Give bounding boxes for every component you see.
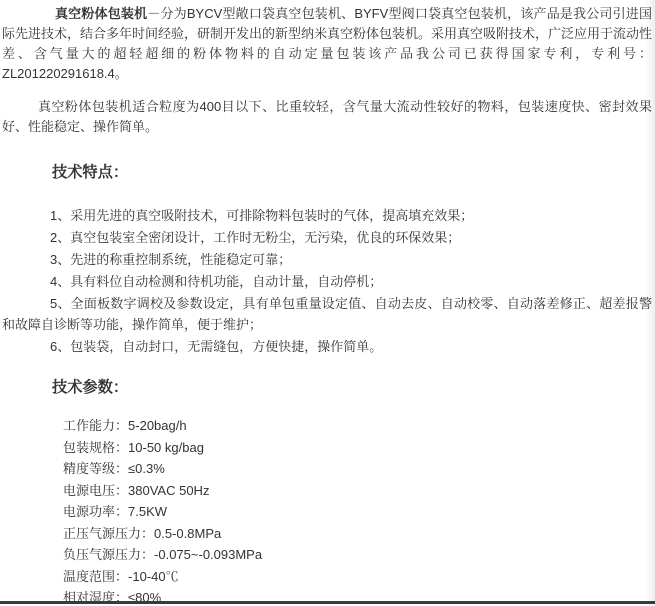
product-description-page: 真空粉体包装机－分为BYCV型敞口袋真空包装机、BYFV型阀口袋真空包装机，该产… bbox=[0, 0, 655, 606]
spec-value: 5-20bag/h bbox=[128, 418, 187, 433]
spec-label: 负压气源压力 bbox=[63, 547, 141, 562]
spec-label: 精度等级 bbox=[63, 461, 115, 476]
features-heading: 技术特点： bbox=[52, 163, 652, 183]
spec-value: -0.075~-0.093MPa bbox=[154, 547, 262, 562]
features-list: 1、采用先进的真空吸附技术，可排除物料包装时的气体，提高填充效果； 2、真空包装… bbox=[2, 205, 652, 357]
spec-label: 温度范围 bbox=[63, 569, 115, 584]
spec-row-negative-pressure: 负压气源压力：-0.075~-0.093MPa bbox=[63, 544, 652, 566]
spec-row-voltage: 电源电压：380VAC 50Hz bbox=[63, 480, 652, 502]
spec-label: 电源功率 bbox=[63, 504, 115, 519]
spec-value: 0.5-0.8MPa bbox=[154, 526, 221, 541]
spec-row-temperature: 温度范围：-10-40℃ bbox=[63, 566, 652, 588]
spec-separator: ： bbox=[141, 526, 154, 541]
specs-heading: 技术参数： bbox=[52, 378, 652, 398]
bottom-divider bbox=[0, 601, 655, 604]
spec-value: 10-50 kg/bag bbox=[128, 440, 204, 455]
specs-list: 工作能力：5-20bag/h 包装规格：10-50 kg/bag 精度等级：≤0… bbox=[2, 415, 652, 606]
spec-row-bag-size: 包装规格：10-50 kg/bag bbox=[63, 437, 652, 459]
feature-item: 2、真空包装室全密闭设计，工作时无粉尘，无污染，优良的环保效果； bbox=[2, 227, 652, 248]
spec-value: 7.5KW bbox=[128, 504, 167, 519]
spec-separator: ： bbox=[115, 461, 128, 476]
summary-paragraph: 真空粉体包装机适合粒度为400目以下、比重较轻，含气量大流动性较好的物料，包装速… bbox=[2, 97, 652, 137]
document-body: 真空粉体包装机－分为BYCV型敞口袋真空包装机、BYFV型阀口袋真空包装机，该产… bbox=[0, 0, 655, 606]
spec-separator: ： bbox=[141, 547, 154, 562]
spec-separator: ： bbox=[115, 504, 128, 519]
spec-value: 380VAC 50Hz bbox=[128, 483, 209, 498]
intro-paragraph: 真空粉体包装机－分为BYCV型敞口袋真空包装机、BYFV型阀口袋真空包装机，该产… bbox=[2, 4, 652, 84]
spec-row-accuracy: 精度等级：≤0.3% bbox=[63, 458, 652, 480]
feature-item: 5、全面板数字调校及参数设定，具有单包重量设定值、自动去皮、自动校零、自动落差修… bbox=[2, 293, 652, 335]
feature-item: 1、采用先进的真空吸附技术，可排除物料包装时的气体，提高填充效果； bbox=[2, 205, 652, 226]
spec-label: 电源电压 bbox=[63, 483, 115, 498]
spec-row-positive-pressure: 正压气源压力：0.5-0.8MPa bbox=[63, 523, 652, 545]
spec-separator: ： bbox=[115, 483, 128, 498]
product-title: 真空粉体包装机 bbox=[55, 6, 147, 21]
spec-label: 正压气源压力 bbox=[63, 526, 141, 541]
spec-separator: ： bbox=[115, 418, 128, 433]
spec-label: 工作能力 bbox=[63, 418, 115, 433]
feature-item: 3、先进的称重控制系统，性能稳定可靠； bbox=[2, 249, 652, 270]
spec-separator: ： bbox=[115, 569, 128, 584]
spec-value: ≤0.3% bbox=[128, 461, 165, 476]
feature-item: 6、包装袋，自动封口，无需缝包，方便快捷，操作简单。 bbox=[2, 336, 652, 357]
spec-label: 包装规格 bbox=[63, 440, 115, 455]
feature-item: 4、具有料位自动检测和待机功能，自动计量，自动停机； bbox=[2, 271, 652, 292]
spec-separator: ： bbox=[115, 440, 128, 455]
spec-value: -10-40℃ bbox=[128, 569, 179, 584]
spec-row-capacity: 工作能力：5-20bag/h bbox=[63, 415, 652, 437]
spec-row-power: 电源功率：7.5KW bbox=[63, 501, 652, 523]
